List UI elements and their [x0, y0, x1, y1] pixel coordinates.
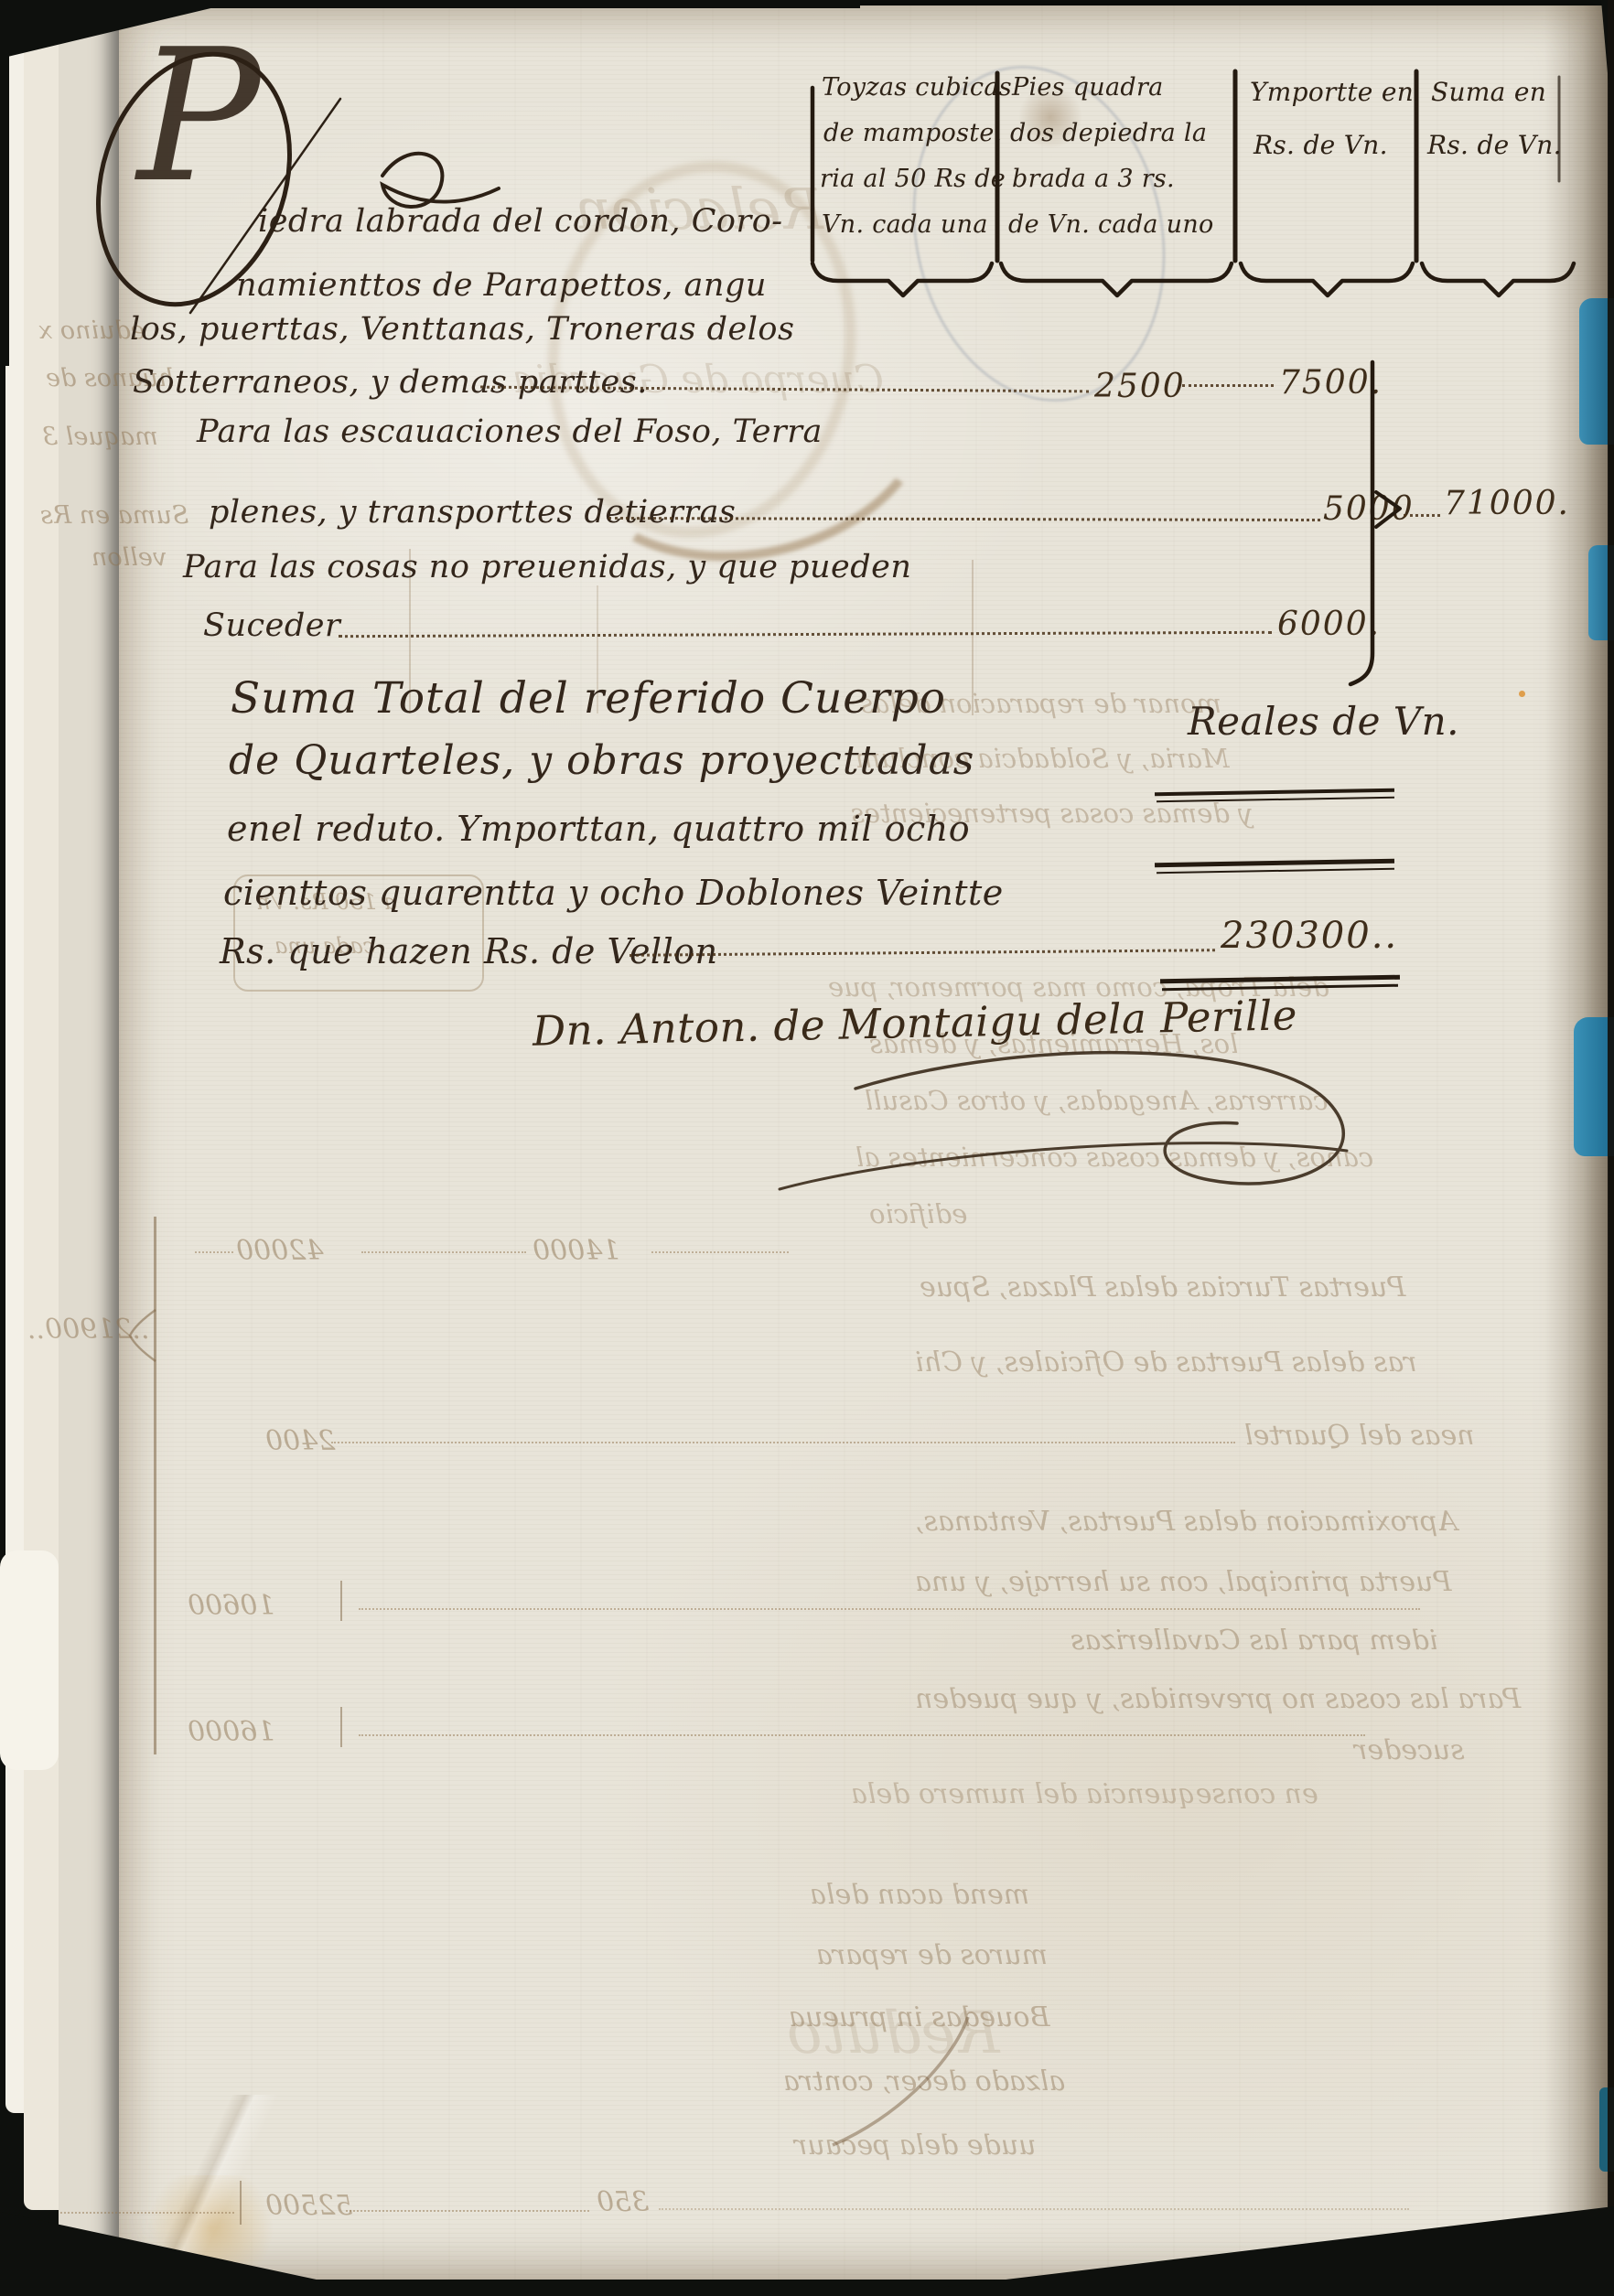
sum-bracket — [1350, 362, 1400, 684]
table-column-separators — [812, 71, 1559, 261]
backdrop-edge — [0, 0, 9, 366]
backdrop-edge — [0, 0, 860, 8]
table-header-braces — [812, 263, 1574, 295]
ink-flourishes-svg — [0, 0, 1614, 2296]
manuscript-page-scan: Relacion Cuerpo de Guardia Reduto eduino… — [0, 0, 1614, 2296]
drop-cap-flourish — [68, 29, 499, 329]
backdrop-edge — [1608, 0, 1614, 2296]
signature-rubric — [780, 1053, 1347, 1189]
